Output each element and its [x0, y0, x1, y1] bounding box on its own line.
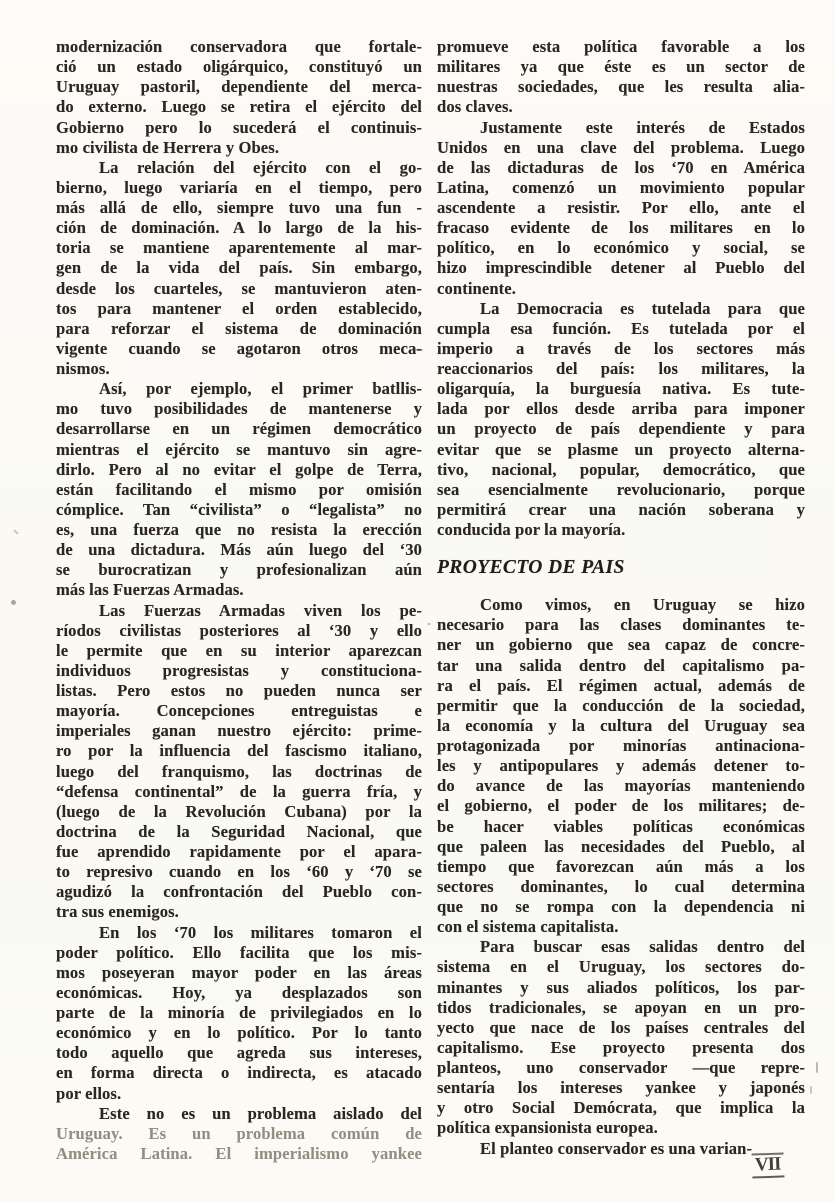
text-line: de las dictaduras de los ‘70 en América	[437, 158, 805, 178]
text-line: to represivo cuando en los ‘60 y ‘70 se	[56, 862, 422, 882]
text-line: mayoría. Concepciones entreguistas e	[56, 701, 422, 721]
text-line: La relación del ejército con el go-	[56, 158, 422, 178]
text-line: yecto que nace de los países centrales d…	[437, 1018, 805, 1038]
text-line: bierno, luego variaría en el tiempo, per…	[56, 178, 422, 198]
text-line: para reforzar el sistema de dominación	[56, 319, 422, 339]
text-line: Para buscar esas salidas dentro del	[437, 937, 805, 957]
text-line: Latina, comenzó un movimiento popular	[437, 178, 805, 198]
text-line: el gobierno, el poder de los militares; …	[437, 796, 805, 816]
text-line: es, una fuerza que no resista la erecció…	[56, 520, 422, 540]
text-line: ro por la influencia del fascismo italia…	[56, 741, 422, 761]
text-line: económicas. Hoy, ya desplazados son	[56, 983, 422, 1003]
page-number: VII	[752, 1152, 784, 1178]
paragraph: En los ‘70 los militares tomaron elpoder…	[56, 923, 422, 1104]
text-line: capitalismo. Ese proyecto presenta dos	[437, 1038, 805, 1058]
text-line: minantes y sus aliados políticos, los pa…	[437, 978, 805, 998]
text-line: tar una salida dentro del capitalismo pa…	[437, 656, 805, 676]
text-line: modernización conservadora que fortale-	[56, 37, 422, 57]
text-line: ascendente a resistir. Por ello, ante el	[437, 198, 805, 218]
text-line: mientras el ejército se mantuvo sin agre…	[56, 440, 422, 460]
text-line: permitirá crear una nación soberana y	[437, 500, 805, 520]
text-line: con el sistema capitalista.	[437, 917, 805, 937]
scan-artifact	[810, 1086, 812, 1094]
text-line: En los ‘70 los militares tomaron el	[56, 923, 422, 943]
text-line: que paleen las necesidades del Pueblo, a…	[437, 837, 805, 857]
text-line: dos claves.	[437, 97, 805, 117]
text-line: le permite que en su interior aparezcan	[56, 641, 422, 661]
text-line: oligarquía, la burguesía nativa. Es tute…	[437, 379, 805, 399]
text-line: Como vimos, en Uruguay se hizo	[437, 595, 805, 615]
text-line: toria se mantiene aparentemente al mar-	[56, 238, 422, 258]
text-line: reaccionarios del país: los militares, l…	[437, 359, 805, 379]
text-line: político, en lo económico y social, se	[437, 238, 805, 258]
paragraph: promueve esta política favorable a losmi…	[437, 37, 805, 118]
paragraph: La relación del ejército con el go-biern…	[56, 158, 422, 379]
text-line: de una dictadura. Más aún luego del ‘30	[56, 540, 422, 560]
text-line: doctrina de la Seguridad Nacional, que	[56, 822, 422, 842]
scan-artifact	[427, 623, 431, 625]
paragraph: La Democracia es tutelada para quecumpla…	[437, 299, 805, 541]
text-line: nismos.	[56, 359, 422, 379]
text-line: be hacer viables políticas económicas	[437, 817, 805, 837]
text-line: planteos, uno conservador —que repre-	[437, 1058, 805, 1078]
document-page: modernización conservadora que fortale-c…	[0, 0, 835, 1202]
text-line: individuos progresistas y constituciona-	[56, 661, 422, 681]
text-line: Gobierno pero lo sucederá el continuis-	[56, 118, 422, 138]
paragraph: Como vimos, en Uruguay se hizonecesario …	[437, 595, 805, 937]
text-line: cómplice. Tan “civilista” o “legalista” …	[56, 500, 422, 520]
text-line: mo civilista de Herrera y Obes.	[56, 138, 422, 158]
paragraph: Las Fuerzas Armadas viven los pe-ríodos …	[56, 601, 422, 923]
text-line: Este no es un problema aislado del	[56, 1104, 422, 1124]
text-line: permitir que la conducción de la socieda…	[437, 696, 805, 716]
text-line: un proyecto de país dependiente y para	[437, 419, 805, 439]
text-line: hizo imprescindible detener al Pueblo de…	[437, 258, 805, 278]
text-line: Las Fuerzas Armadas viven los pe-	[56, 601, 422, 621]
text-line: más las Fuerzas Armadas.	[56, 580, 422, 600]
text-line: les y antipopulares y además detener to-	[437, 756, 805, 776]
text-line: do externo. Luego se retira el ejército …	[56, 97, 422, 117]
text-line: Uruguay pastoril, dependiente del merca-	[56, 77, 422, 97]
text-line: ción de dominación. A lo largo de la his…	[56, 218, 422, 238]
text-line: La Democracia es tutelada para que	[437, 299, 805, 319]
scan-artifact	[816, 1062, 818, 1073]
text-line: desarrollarse en un régimen democrático	[56, 419, 422, 439]
text-line: vigente cuando se agotaron otros meca-	[56, 339, 422, 359]
section-heading: PROYECTO DE PAIS	[437, 556, 805, 580]
text-line: gen de la vida del país. Sin embargo,	[56, 258, 422, 278]
text-line: continente.	[437, 279, 805, 299]
text-line: por ellos.	[56, 1084, 422, 1104]
text-line: sentaría los intereses yankee y japonés	[437, 1078, 805, 1098]
text-line: sea esencialmente revolucionario, porque	[437, 480, 805, 500]
text-line: listas. Pero estos no pueden nunca ser	[56, 681, 422, 701]
scan-artifact	[13, 529, 19, 534]
text-line: la economía y la cultura del Uruguay sea	[437, 716, 805, 736]
text-line: cumpla esa función. Es tutelada por el	[437, 319, 805, 339]
text-line: se burocratizan y profesionalizan aún	[56, 560, 422, 580]
text-line: desde los cuarteles, se mantuvieron aten…	[56, 279, 422, 299]
paragraph: Para buscar esas salidas dentro delsiste…	[437, 937, 805, 1138]
text-line: parte de la minoría de privilegiados en …	[56, 1003, 422, 1023]
text-line: mo tuvo posibilidades de mantenerse y	[56, 399, 422, 419]
scan-artifact	[11, 600, 16, 605]
scan-artifact	[414, 349, 423, 351]
text-line: y otro Social Demócrata, que implica la	[437, 1098, 805, 1118]
text-line: necesario para las clases dominantes te-	[437, 615, 805, 635]
text-line: (luego de la Revolución Cubana) por la	[56, 802, 422, 822]
text-line: todo aquello que agreda sus intereses,	[56, 1043, 422, 1063]
text-line: tra sus enemigos.	[56, 902, 422, 922]
text-line: que no se rompa con la dependencia ni	[437, 897, 805, 917]
text-line: Uruguay. Es un problema común de	[56, 1124, 422, 1144]
text-line: mos poseyeran mayor poder en las áreas	[56, 963, 422, 983]
text-line: poder político. Ello facilita que los mi…	[56, 943, 422, 963]
text-line: tos para mantener el orden establecido,	[56, 299, 422, 319]
left-column: modernización conservadora que fortale-c…	[56, 37, 422, 1164]
text-line: protagonizada por minorías antinaciona-	[437, 736, 805, 756]
text-line: América Latina. El imperialismo yankee	[56, 1144, 422, 1164]
text-line: tidos tradicionales, se apoyan en un pro…	[437, 998, 805, 1018]
text-line: sistema en el Uruguay, los sectores do-	[437, 957, 805, 977]
text-line: ner un gobierno que sea capaz de concre-	[437, 635, 805, 655]
text-line: do avance de las mayorías manteniendo	[437, 776, 805, 796]
text-line: tivo, nacional, popular, democrático, qu…	[437, 460, 805, 480]
paragraph: Justamente este interés de EstadosUnidos…	[437, 118, 805, 299]
paragraph: modernización conservadora que fortale-c…	[56, 37, 422, 158]
text-line: económico y en lo político. Por lo tanto	[56, 1023, 422, 1043]
text-line: evitar que se plasme un proyecto alterna…	[437, 440, 805, 460]
text-line: más allá de ello, siempre tuvo una fun -	[56, 198, 422, 218]
right-column: promueve esta política favorable a losmi…	[437, 37, 805, 1159]
text-line: El planteo conservador es una varian-	[437, 1139, 805, 1159]
paragraph: Así, por ejemplo, el primer batllis-mo t…	[56, 379, 422, 600]
text-line: sectores dominantes, lo cual determina	[437, 877, 805, 897]
text-line: fue aprendido rapidamente por el apara-	[56, 842, 422, 862]
text-line: agudizó la confrontación del Pueblo con-	[56, 882, 422, 902]
paragraph: El planteo conservador es una varian-	[437, 1139, 805, 1159]
text-line: Así, por ejemplo, el primer batllis-	[56, 379, 422, 399]
text-line: ríodos civilistas posteriores al ‘30 y e…	[56, 621, 422, 641]
text-line: nuestras sociedades, que les resulta ali…	[437, 77, 805, 97]
text-line: conducida por la mayoría.	[437, 520, 805, 540]
text-line: ció un estado oligárquico, constituyó un	[56, 57, 422, 77]
text-line: tiempo que favorezcan aún más a los	[437, 857, 805, 877]
text-line: lada por ellos desde arriba para imponer	[437, 399, 805, 419]
text-line: imperio a través de los sectores más	[437, 339, 805, 359]
text-line: imperiales ganan nuestro ejército: prime…	[56, 721, 422, 741]
text-line: militares ya que éste es un sector de	[437, 57, 805, 77]
text-line: luego del franquismo, las doctrinas de	[56, 762, 422, 782]
text-line: promueve esta política favorable a los	[437, 37, 805, 57]
text-line: política expansionista europea.	[437, 1118, 805, 1138]
text-line: ra el país. El régimen actual, además de	[437, 676, 805, 696]
paragraph: Este no es un problema aislado del	[56, 1104, 422, 1124]
text-line: están facilitando el mismo por omisión	[56, 480, 422, 500]
text-line: fracaso evidente de los militares en lo	[437, 218, 805, 238]
text-line: dirlo. Pero al no evitar el golpe de Ter…	[56, 460, 422, 480]
text-line: “defensa continental” de la guerra fría,…	[56, 782, 422, 802]
text-line: en forma directa o indirecta, es atacado	[56, 1063, 422, 1083]
text-line: Unidos en una clave del problema. Luego	[437, 138, 805, 158]
text-line: Justamente este interés de Estados	[437, 118, 805, 138]
paragraph: Uruguay. Es un problema común deAmérica …	[56, 1124, 422, 1164]
